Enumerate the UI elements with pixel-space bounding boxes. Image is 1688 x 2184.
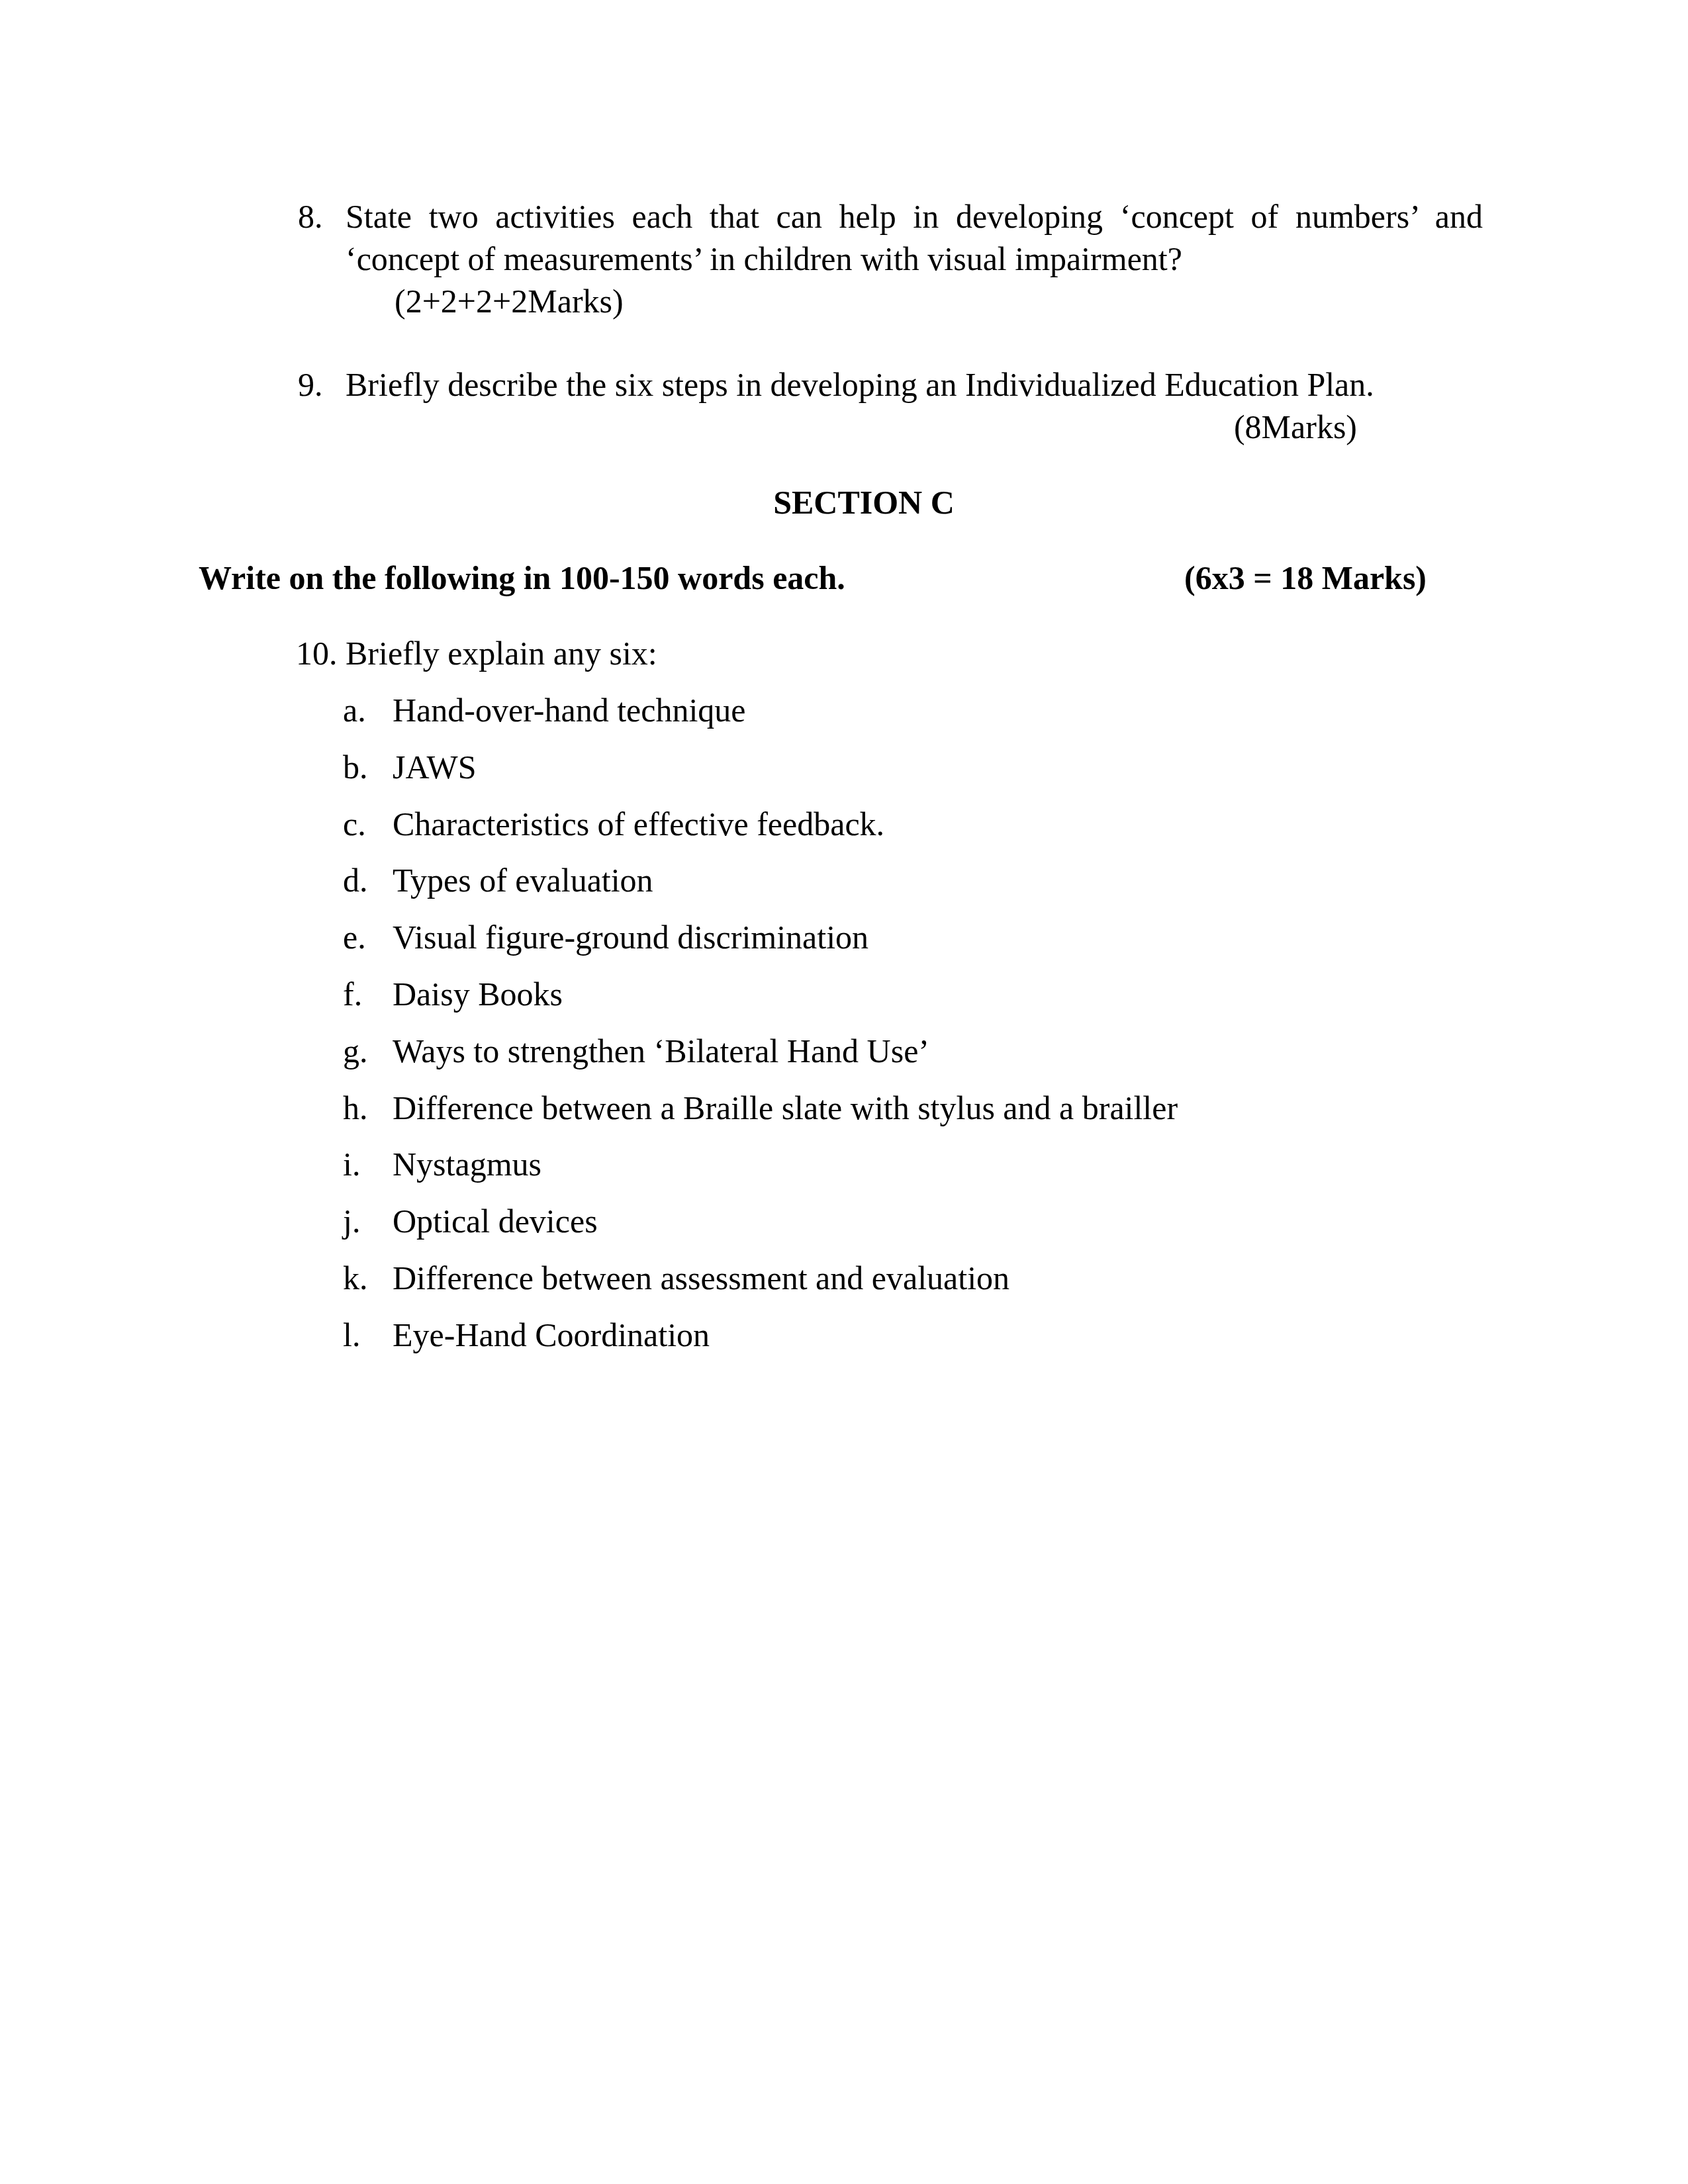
question-marks: (2+2+2+2Marks)	[395, 285, 624, 318]
sub-question-letter: e.	[343, 921, 393, 954]
sub-question-c: c. Characteristics of effective feedback…	[343, 807, 1178, 864]
sub-question-a: a. Hand-over-hand technique	[343, 694, 1178, 751]
question-text-line-2: ‘concept of measurements’ in children wi…	[346, 242, 1182, 275]
sub-question-text: Visual figure-ground discrimination	[393, 921, 868, 954]
sub-question-letter: b.	[343, 751, 393, 784]
sub-question-f: f. Daisy Books	[343, 978, 1178, 1034]
sub-question-text: JAWS	[393, 751, 477, 784]
sub-question-letter: k.	[343, 1261, 393, 1295]
sub-question-h: h. Difference between a Braille slate wi…	[343, 1091, 1178, 1148]
sub-question-j: j. Optical devices	[343, 1205, 1178, 1261]
section-instruction: Write on the following in 100-150 words …	[199, 561, 845, 594]
sub-question-letter: g.	[343, 1034, 393, 1068]
sub-question-i: i. Nystagmus	[343, 1148, 1178, 1205]
sub-question-text: Nystagmus	[393, 1148, 541, 1181]
sub-question-letter: f.	[343, 978, 393, 1011]
question-text: Briefly describe the six steps in develo…	[346, 368, 1374, 401]
question-text: Briefly explain any six:	[346, 637, 657, 670]
sub-question-letter: h.	[343, 1091, 393, 1124]
sub-question-letter: j.	[343, 1205, 393, 1238]
section-marks: (6x3 = 18 Marks)	[1184, 561, 1427, 594]
sub-question-text: Ways to strengthen ‘Bilateral Hand Use’	[393, 1034, 929, 1068]
sub-question-letter: l.	[343, 1318, 393, 1351]
sub-question-b: b. JAWS	[343, 751, 1178, 807]
sub-question-letter: a.	[343, 694, 393, 727]
sub-question-text: Characteristics of effective feedback.	[393, 807, 884, 841]
question-text-line-1: State two activities each that can help …	[346, 200, 1483, 233]
question-number: 8.	[298, 200, 323, 233]
exam-page: 8. State two activities each that can he…	[0, 0, 1688, 2184]
question-number: 10.	[296, 637, 338, 670]
sub-question-text: Daisy Books	[393, 978, 563, 1011]
sub-question-d: d. Types of evaluation	[343, 864, 1178, 921]
sub-question-text: Types of evaluation	[393, 864, 653, 897]
sub-question-k: k. Difference between assessment and eva…	[343, 1261, 1178, 1318]
sub-question-text: Difference between assessment and evalua…	[393, 1261, 1009, 1295]
question-number: 9.	[298, 368, 323, 401]
sub-question-e: e. Visual figure-ground discrimination	[343, 921, 1178, 978]
sub-question-letter: c.	[343, 807, 393, 841]
question-marks: (8Marks)	[1234, 410, 1357, 443]
sub-question-text: Optical devices	[393, 1205, 598, 1238]
section-title: SECTION C	[0, 486, 1688, 519]
sub-question-g: g. Ways to strengthen ‘Bilateral Hand Us…	[343, 1034, 1178, 1091]
sub-question-list: a. Hand-over-hand technique b. JAWS c. C…	[343, 694, 1178, 1375]
sub-question-letter: i.	[343, 1148, 393, 1181]
sub-question-text: Difference between a Braille slate with …	[393, 1091, 1178, 1124]
sub-question-l: l. Eye-Hand Coordination	[343, 1318, 1178, 1375]
sub-question-text: Eye-Hand Coordination	[393, 1318, 710, 1351]
sub-question-text: Hand-over-hand technique	[393, 694, 746, 727]
sub-question-letter: d.	[343, 864, 393, 897]
